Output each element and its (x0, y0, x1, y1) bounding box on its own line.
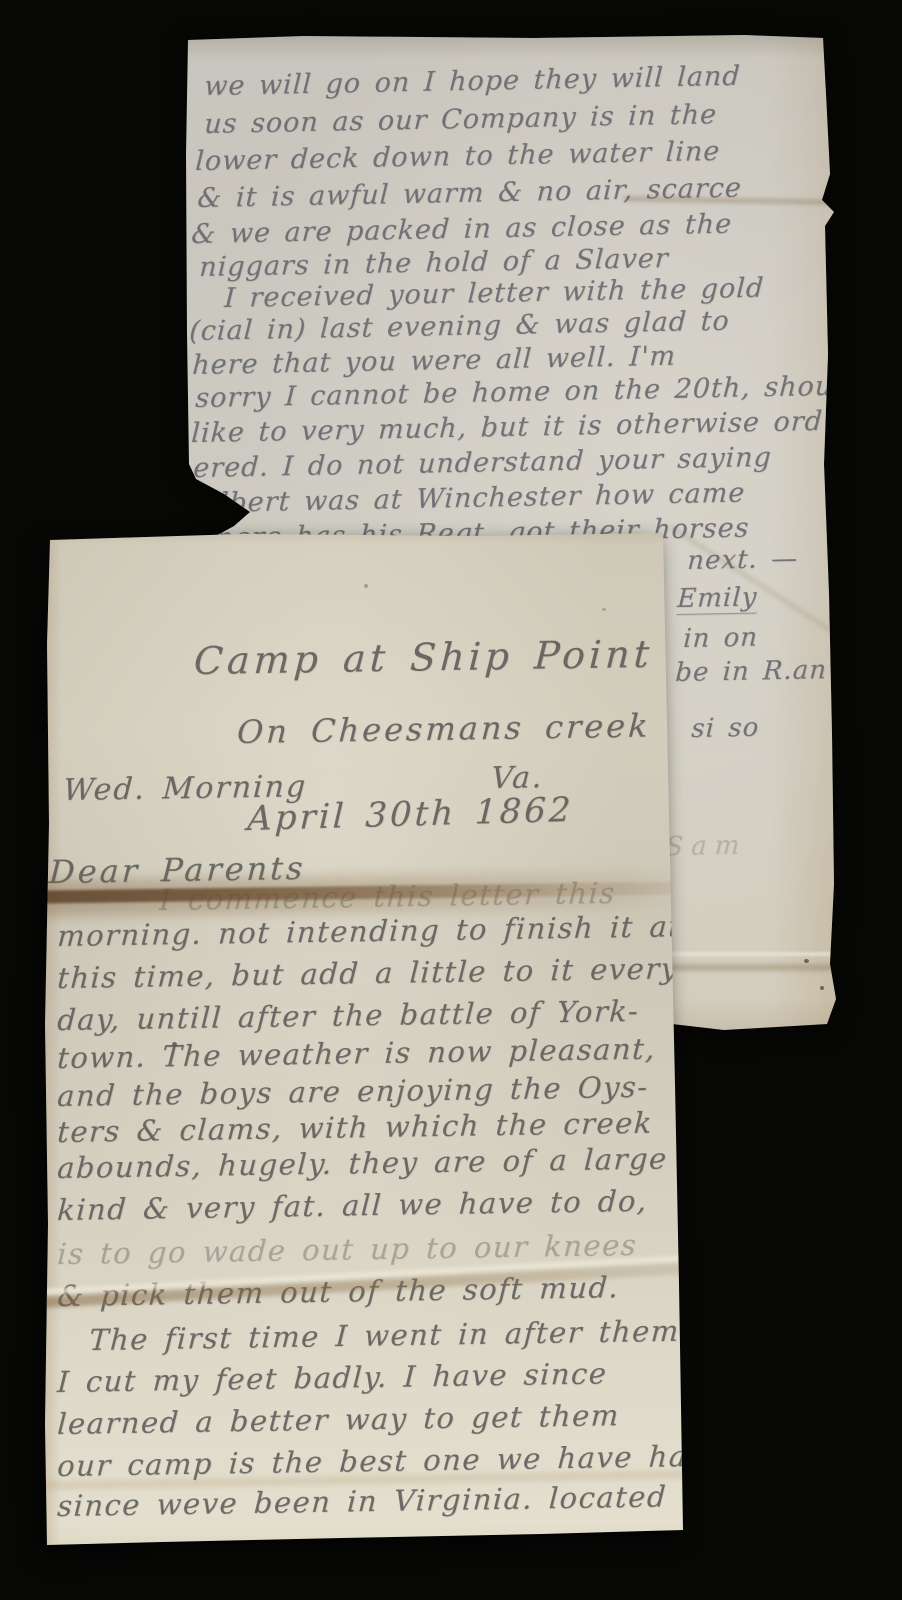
stain-speck (364, 584, 368, 588)
letter-heading-state: Va. (490, 763, 544, 794)
letter-line: morning. not intending to finish it at (56, 912, 682, 951)
letter-line: kind & very fat. all we have to do, (56, 1187, 648, 1225)
letter-line: and the boys are enjoying the Oys- (56, 1073, 649, 1111)
letter-line: learned a better way to get them (56, 1401, 620, 1439)
front-page-shadow-wrap: Camp at Ship Point On Cheesmans creek Va… (0, 0, 902, 1600)
letter-photograph: we will go on I hope they will land us s… (0, 0, 902, 1600)
letter-line: I cut my feet badly. I have since (56, 1359, 608, 1397)
letter-line: I commence this letter this (158, 879, 616, 915)
stain-speck (602, 608, 606, 611)
letter-line: is to go wade out up to our knees (56, 1231, 637, 1269)
letter-heading-date: April 30th 1862 (247, 793, 575, 836)
letter-line: day, untill after the battle of York- (56, 997, 640, 1035)
letter-line: ters & clams, with which the creek (56, 1109, 653, 1147)
letter-line: The first time I went in after them (88, 1317, 680, 1355)
letter-heading-creek: On Cheesmans creek (236, 710, 651, 749)
letter-line: this time, but add a little to it every (56, 954, 679, 993)
letter-heading-camp: Camp at Ship Point (193, 635, 654, 680)
front-letter-page: Camp at Ship Point On Cheesmans creek Va… (42, 524, 688, 1554)
letter-line: town. The weather is now pleasant, (56, 1035, 656, 1073)
letter-line: abounds, hugely. they are of a large (56, 1144, 668, 1183)
letter-line: our camp is the best one we have had (56, 1442, 708, 1481)
letter-line: & pick them out of the soft mud. (56, 1273, 620, 1311)
letter-line: since weve been in Virginia. located (56, 1482, 667, 1521)
